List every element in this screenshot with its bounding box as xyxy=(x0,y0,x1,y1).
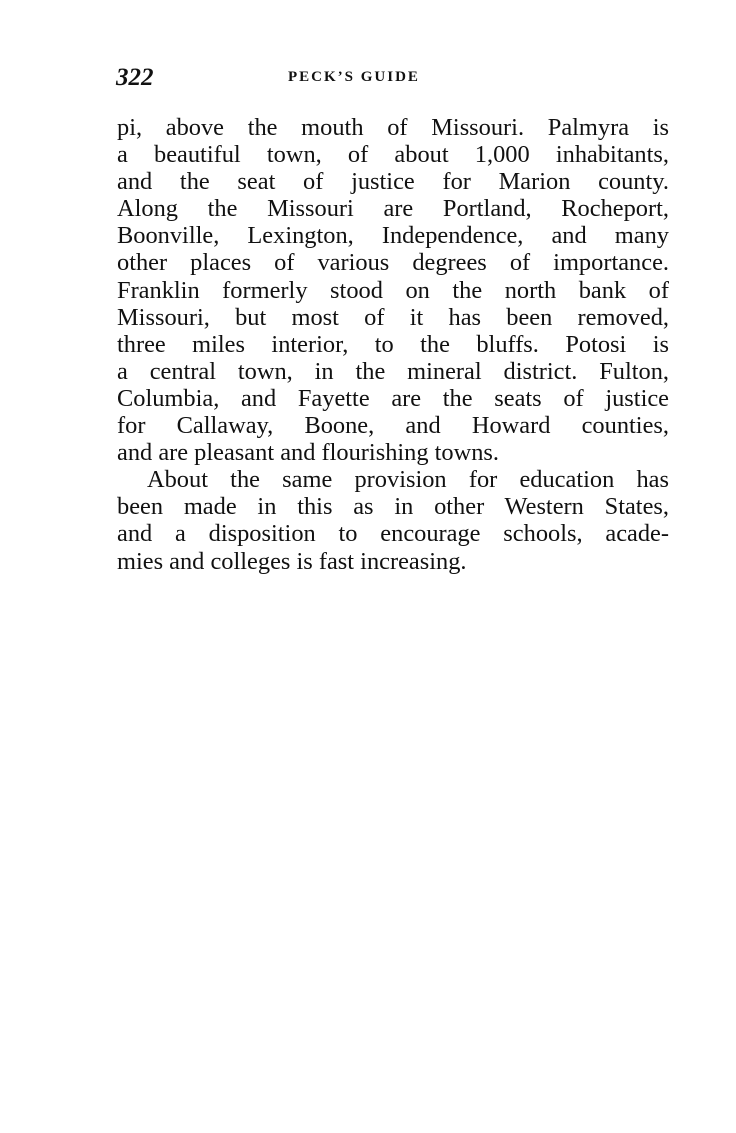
book-page: 322 PECK’S GUIDE pi, above the mouth of … xyxy=(0,0,736,1133)
text-line: and the seat of justice for Marion count… xyxy=(117,168,669,195)
text-line: three miles interior, to the bluffs. Pot… xyxy=(117,331,669,358)
running-head: 322 PECK’S GUIDE xyxy=(116,64,670,94)
running-title: PECK’S GUIDE xyxy=(288,69,420,86)
text-line: pi, above the mouth of Missouri. Palmyra… xyxy=(117,114,669,141)
text-line: Franklin formerly stood on the north ban… xyxy=(117,277,669,304)
text-line: and a disposition to encourage schools, … xyxy=(117,520,669,547)
text-line: a beautiful town, of about 1,000 inhabit… xyxy=(117,141,669,168)
paragraph-2: About the same provision for education h… xyxy=(117,466,669,574)
text-line: been made in this as in other Western St… xyxy=(117,493,669,520)
paragraph-1: pi, above the mouth of Missouri. Palmyra… xyxy=(117,114,669,466)
page-number: 322 xyxy=(116,64,154,92)
body-text: pi, above the mouth of Missouri. Palmyra… xyxy=(117,114,669,575)
text-line: Columbia, and Fayette are the seats of j… xyxy=(117,385,669,412)
text-line: About the same provision for education h… xyxy=(117,466,669,493)
text-line: other places of various degrees of impor… xyxy=(117,249,669,276)
text-line: Boonville, Lexington, Independence, and … xyxy=(117,222,669,249)
text-line: mies and colleges is fast increasing. xyxy=(117,548,669,575)
text-line: Along the Missouri are Portland, Rochepo… xyxy=(117,195,669,222)
text-line: a central town, in the mineral district.… xyxy=(117,358,669,385)
text-line: for Callaway, Boone, and Howard counties… xyxy=(117,412,669,439)
text-line: Missouri, but most of it has been remove… xyxy=(117,304,669,331)
text-line: and are pleasant and flourishing towns. xyxy=(117,439,669,466)
